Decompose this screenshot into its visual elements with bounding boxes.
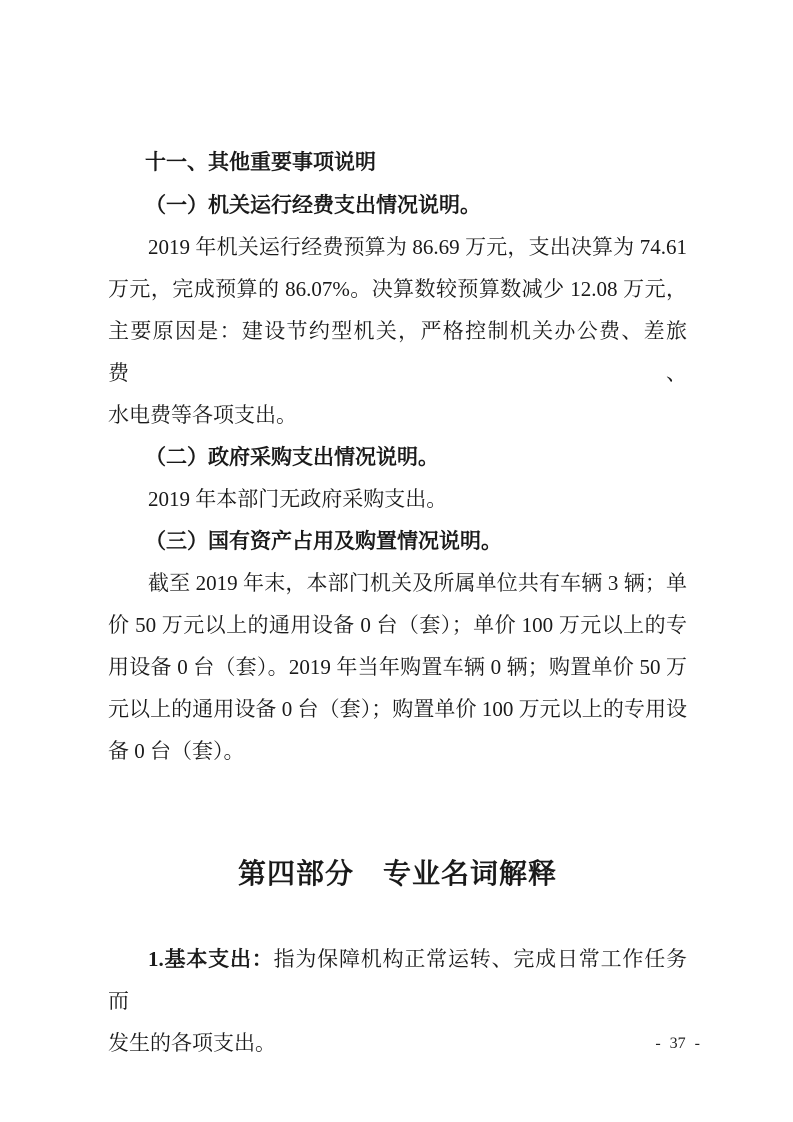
subsection-3-heading: （三）国有资产占用及购置情况说明。 <box>108 520 687 562</box>
document-page: 十一、其他重要事项说明 （一）机关运行经费支出情况说明。 2019 年机关运行经… <box>0 0 793 1122</box>
paragraph-1-line-4: 水电费等各项支出。 <box>108 394 687 436</box>
term-1-line-1: 1.基本支出：指为保障机构正常运转、完成日常工作任务而 <box>108 938 687 1022</box>
term-1-label: 1.基本支出： <box>148 947 274 971</box>
paragraph-3-line-1: 截至 2019 年末，本部门机关及所属单位共有车辆 3 辆；单 <box>108 562 687 604</box>
paragraph-1-line-1: 2019 年机关运行经费预算为 86.69 万元，支出决算为 74.61 <box>108 226 687 268</box>
page-number: - 37 - <box>655 1034 700 1054</box>
paragraph-3-line-3: 用设备 0 台（套）。2019 年当年购置车辆 0 辆；购置单价 50 万 <box>108 646 687 688</box>
section-11-heading: 十一、其他重要事项说明 <box>108 142 687 184</box>
subsection-1-heading: （一）机关运行经费支出情况说明。 <box>108 184 687 226</box>
part-4-heading: 第四部分 专业名词解释 <box>108 854 687 894</box>
paragraph-2-line-1: 2019 年本部门无政府采购支出。 <box>108 478 687 520</box>
subsection-2-heading: （二）政府采购支出情况说明。 <box>108 436 687 478</box>
term-1-line-2: 发生的各项支出。 <box>108 1022 687 1064</box>
paragraph-1-line-2: 万元，完成预算的 86.07%。决算数较预算数减少 12.08 万元， <box>108 268 687 310</box>
paragraph-3-line-4: 元以上的通用设备 0 台（套）；购置单价 100 万元以上的专用设 <box>108 688 687 730</box>
document-body: 十一、其他重要事项说明 （一）机关运行经费支出情况说明。 2019 年机关运行经… <box>108 142 687 1064</box>
paragraph-3-line-2: 价 50 万元以上的通用设备 0 台（套）；单价 100 万元以上的专 <box>108 604 687 646</box>
paragraph-1-line-3: 主要原因是：建设节约型机关，严格控制机关办公费、差旅费、 <box>108 310 687 394</box>
paragraph-3-line-5: 备 0 台（套）。 <box>108 730 687 772</box>
